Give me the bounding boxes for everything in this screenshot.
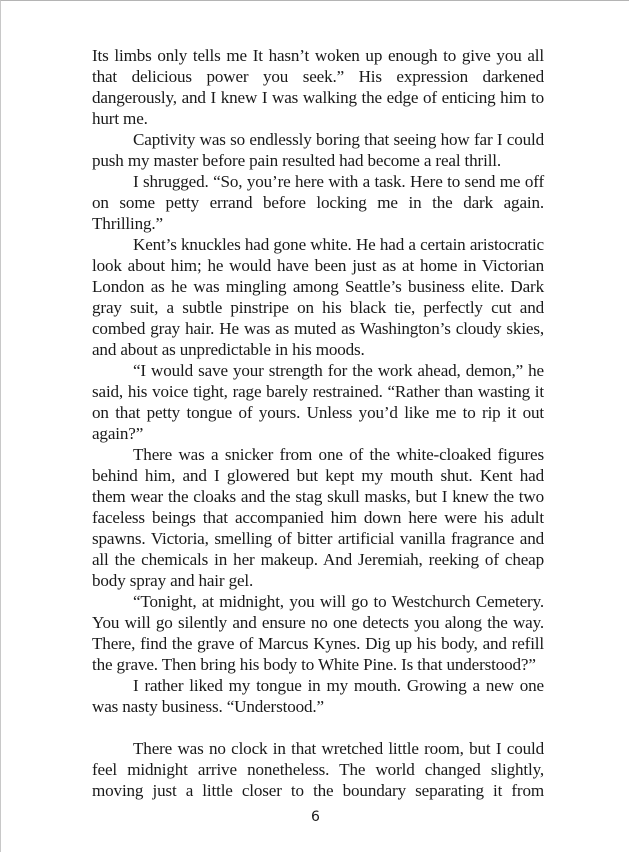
document-page: Its limbs only tells me It hasn’t woken … (0, 0, 629, 852)
paragraph-8: I rather liked my tongue in my mouth. Gr… (92, 675, 544, 717)
paragraph-1: Its limbs only tells me It hasn’t woken … (92, 45, 544, 129)
body-text: Its limbs only tells me It hasn’t woken … (92, 45, 544, 801)
paragraph-6: There was a snicker from one of the whit… (92, 444, 544, 591)
page-number: 6 (1, 809, 629, 825)
paragraph-9-scene-break: There was no clock in that wretched litt… (92, 738, 544, 801)
paragraph-7: “Tonight, at midnight, you will go to We… (92, 591, 544, 675)
paragraph-2: Captivity was so endlessly boring that s… (92, 129, 544, 171)
paragraph-4: Kent’s knuckles had gone white. He had a… (92, 234, 544, 360)
paragraph-3: I shrugged. “So, you’re here with a task… (92, 171, 544, 234)
paragraph-5: “I would save your strength for the work… (92, 360, 544, 444)
